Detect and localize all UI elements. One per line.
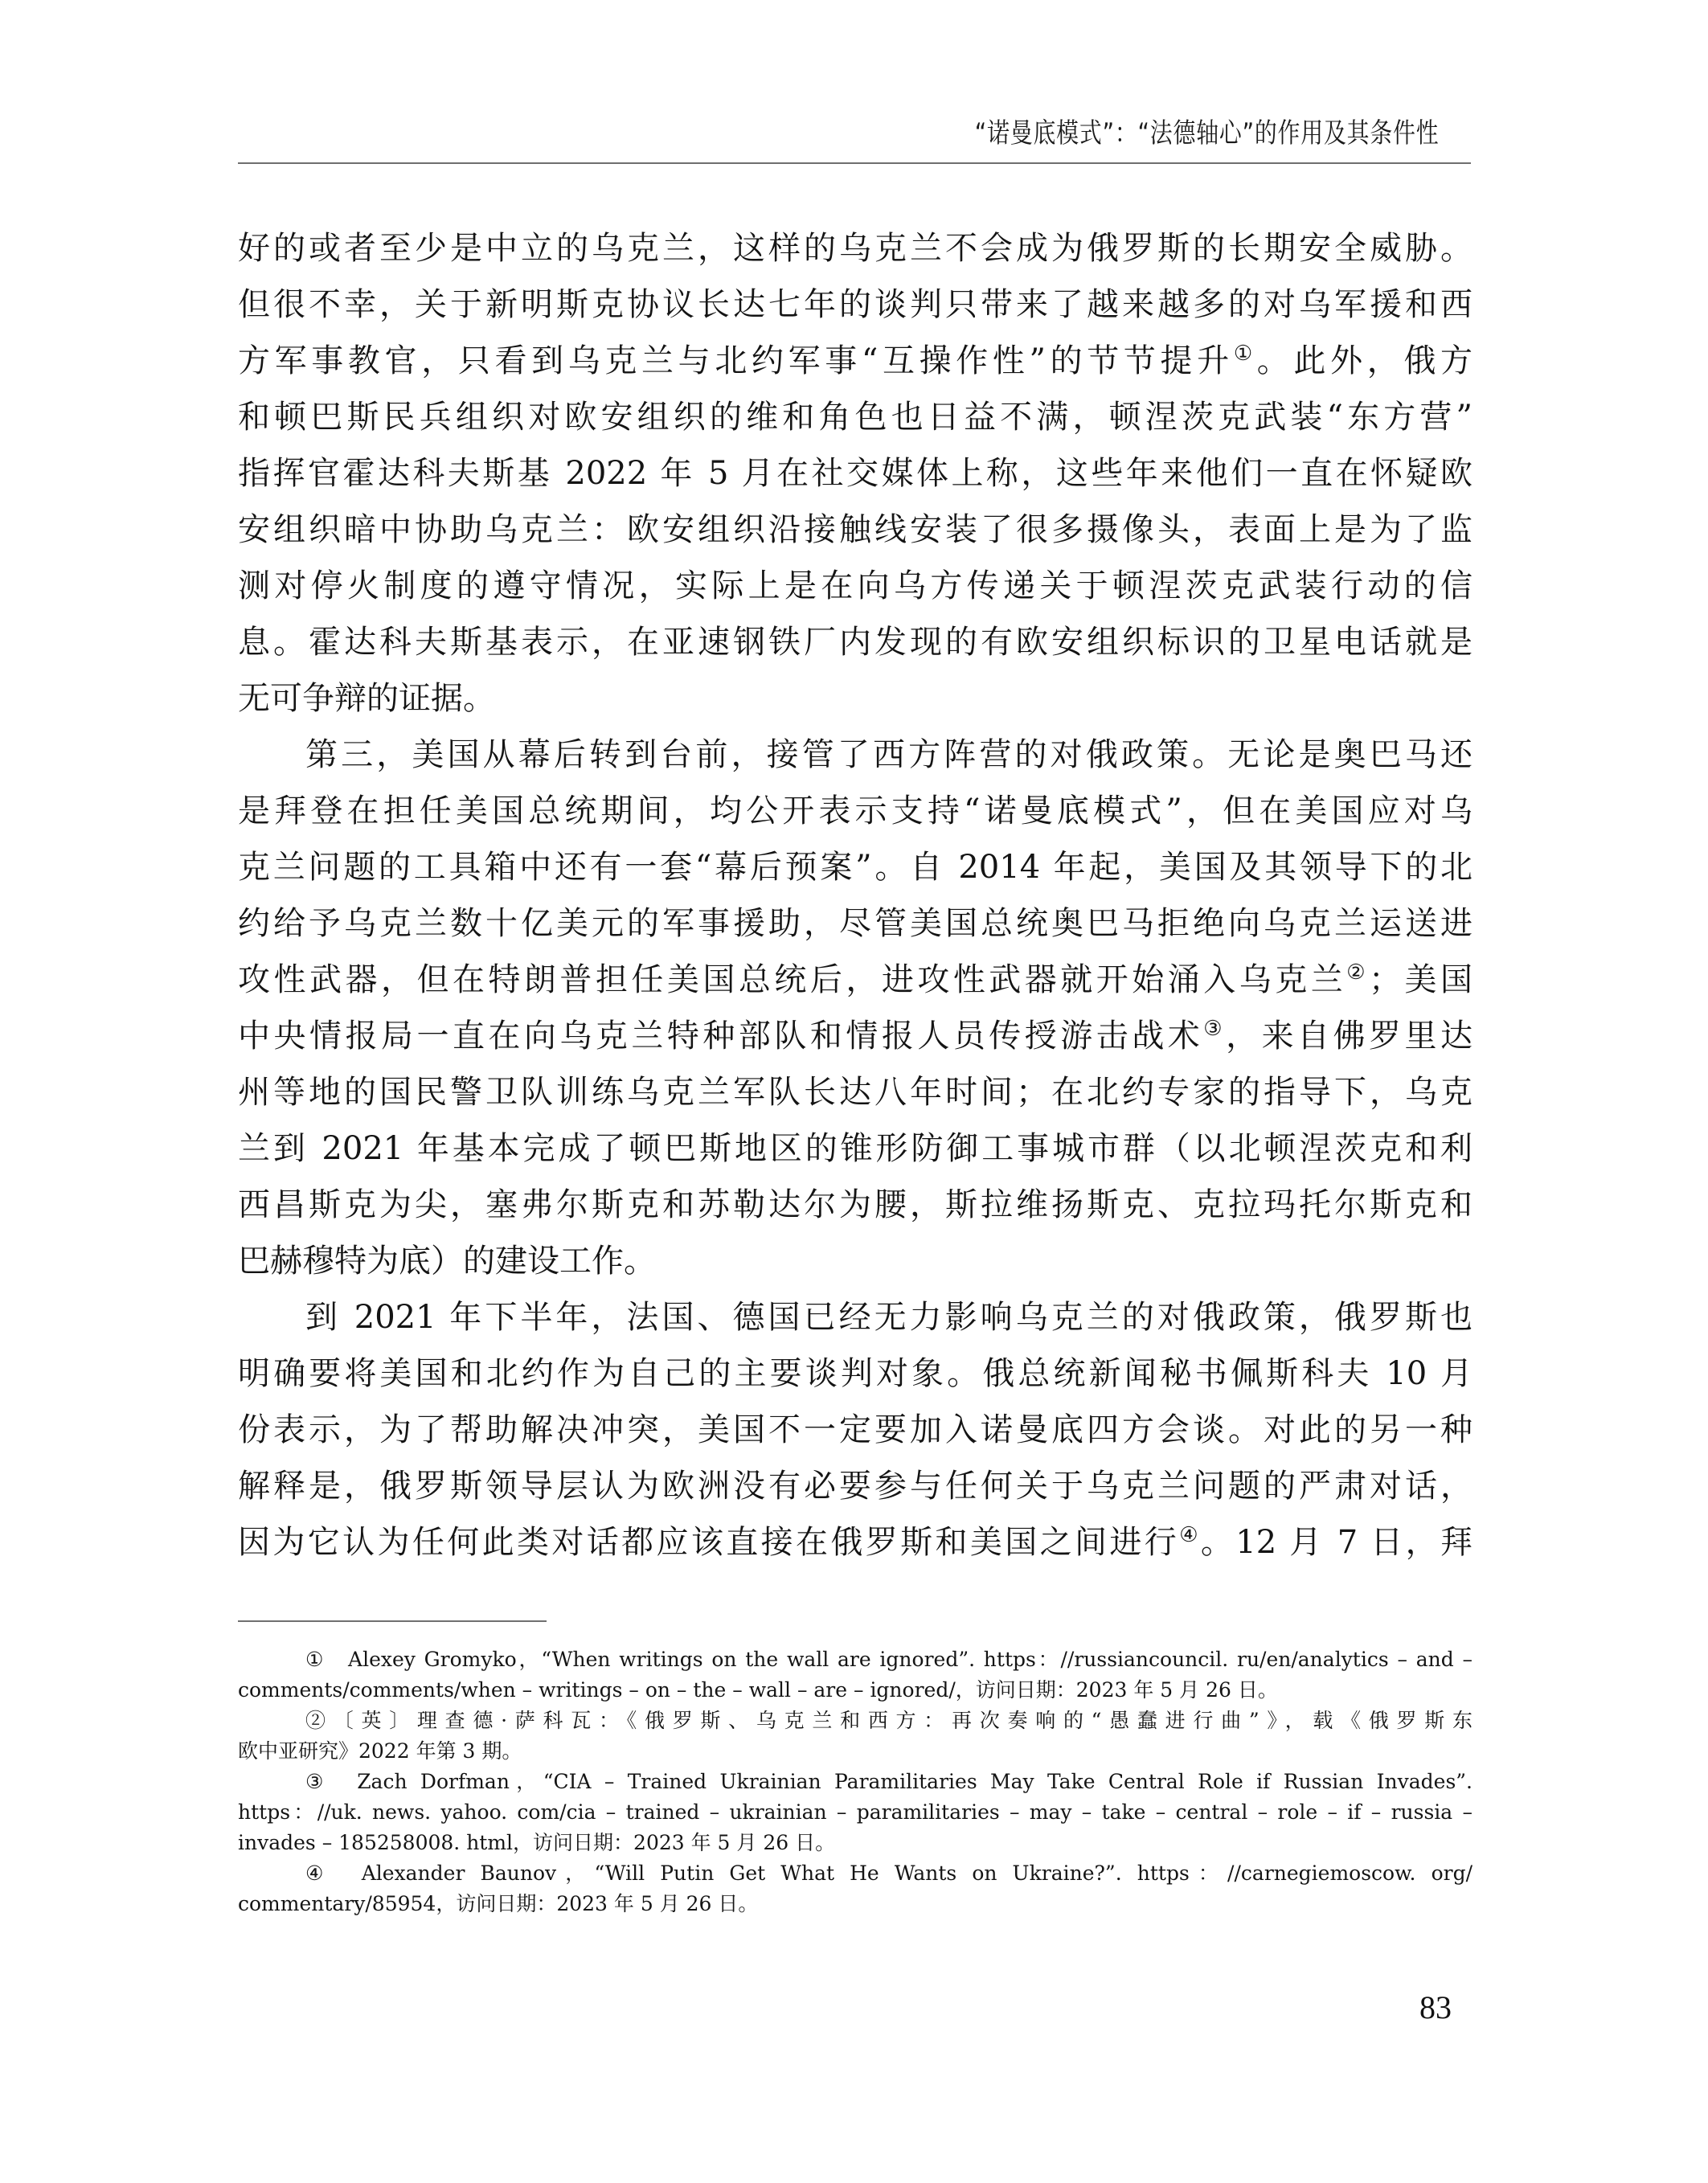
footnote-line: commentary/85954，访问日期：2023 年 5 月 26 日。 — [238, 1889, 1472, 1919]
paragraph: 好的或者至少是中立的乌克兰，这样的乌克兰不会成为俄罗斯的长期安全威胁。但很不幸，… — [238, 220, 1472, 727]
footnote-line: invades – 185258008. html，访问日期：2023 年 5 … — [238, 1828, 1472, 1858]
footnote-line: ③ Zach Dorfman，“CIA – Trained Ukrainian … — [238, 1767, 1472, 1797]
page-number: 83 — [1419, 1988, 1452, 2026]
text-line: 但很不幸，关于新明斯克协议长达七年的谈判只带来了越来越多的对乌军援和西 — [238, 276, 1472, 333]
text-line: 解释是，俄罗斯领导层认为欧洲没有必要参与任何关于乌克兰问题的严肃对话， — [238, 1458, 1472, 1514]
footnote-reference[interactable]: ② — [1346, 960, 1369, 985]
text-line: 明确要将美国和北约作为自己的主要谈判对象。俄总统新闻秘书佩斯科夫 10 月 — [238, 1345, 1472, 1402]
footnote: ④ Alexander Baunov，“Will Putin Get What … — [238, 1858, 1472, 1919]
text-line: 约给予乌克兰数十亿美元的军事援助，尽管美国总统奥巴马拒绝向乌克兰运送进 — [238, 895, 1472, 952]
footnotes: ① Alexey Gromyko，“When writings on the w… — [238, 1644, 1472, 1919]
article-body: 好的或者至少是中立的乌克兰，这样的乌克兰不会成为俄罗斯的长期安全威胁。但很不幸，… — [238, 220, 1472, 1571]
paragraph: 到 2021 年下半年，法国、德国已经无力影响乌克兰的对俄政策，俄罗斯也明确要将… — [238, 1289, 1472, 1571]
running-header-title: “诺曼底模式”：“法德轴心”的作用及其条件性 — [974, 111, 1439, 150]
footnote-line: ① Alexey Gromyko，“When writings on the w… — [238, 1644, 1472, 1675]
running-header: “诺曼底模式”：“法德轴心”的作用及其条件性 — [238, 103, 1471, 164]
text-line: 无可争辩的证据。 — [238, 670, 1472, 727]
footnote-reference[interactable]: ③ — [1203, 1017, 1226, 1041]
footnote-line: ②〔英〕理查德·萨科瓦：《俄罗斯、乌克兰和西方：再次奏响的“愚蠢进行曲”》，载《… — [238, 1706, 1472, 1736]
text-line: 安组织暗中协助乌克兰：欧安组织沿接触线安装了很多摄像头，表面上是为了监 — [238, 502, 1472, 558]
text-line: 息。霍达科夫斯基表示，在亚速钢铁厂内发现的有欧安组织标识的卫星电话就是 — [238, 614, 1472, 670]
text-line: 西昌斯克为尖，塞弗尔斯克和苏勒达尔为腰，斯拉维扬斯克、克拉玛托尔斯克和 — [238, 1177, 1472, 1233]
text-line: 份表示，为了帮助解决冲突，美国不一定要加入诺曼底四方会谈。对此的另一种 — [238, 1402, 1472, 1458]
footnote-reference[interactable]: ① — [1234, 342, 1257, 366]
paragraph: 第三，美国从幕后转到台前，接管了西方阵营的对俄政策。无论是奥巴马还是拜登在担任美… — [238, 727, 1472, 1289]
footnote-line: ④ Alexander Baunov，“Will Putin Get What … — [238, 1858, 1472, 1889]
text-line: 好的或者至少是中立的乌克兰，这样的乌克兰不会成为俄罗斯的长期安全威胁。 — [238, 220, 1472, 276]
text-line: 指挥官霍达科夫斯基 2022 年 5 月在社交媒体上称，这些年来他们一直在怀疑欧 — [238, 445, 1472, 502]
text-line: 因为它认为任何此类对话都应该直接在俄罗斯和美国之间进行④。12 月 7 日，拜 — [238, 1514, 1472, 1571]
footnote: ① Alexey Gromyko，“When writings on the w… — [238, 1644, 1472, 1706]
footnote-line: 欧中亚研究》2022 年第 3 期。 — [238, 1736, 1472, 1767]
text-line: 中央情报局一直在向乌克兰特种部队和情报人员传授游击战术③，来自佛罗里达 — [238, 1008, 1472, 1064]
text-line: 克兰问题的工具箱中还有一套“幕后预案”。自 2014 年起，美国及其领导下的北 — [238, 839, 1472, 895]
footnote-line: https：//uk. news. yahoo. com/cia – train… — [238, 1797, 1472, 1828]
text-line: 是拜登在担任美国总统期间，均公开表示支持“诺曼底模式”，但在美国应对乌 — [238, 783, 1472, 839]
footnote-reference[interactable]: ④ — [1179, 1523, 1201, 1547]
footnote: ③ Zach Dorfman，“CIA – Trained Ukrainian … — [238, 1767, 1472, 1858]
text-line: 州等地的国民警卫队训练乌克兰军队长达八年时间；在北约专家的指导下，乌克 — [238, 1064, 1472, 1120]
footnote: ②〔英〕理查德·萨科瓦：《俄罗斯、乌克兰和西方：再次奏响的“愚蠢进行曲”》，载《… — [238, 1706, 1472, 1767]
text-line: 兰到 2021 年基本完成了顿巴斯地区的锥形防御工事城市群（以北顿涅茨克和利 — [238, 1120, 1472, 1177]
footnote-line: comments/comments/when – writings – on –… — [238, 1675, 1472, 1706]
text-line: 攻性武器，但在特朗普担任美国总统后，进攻性武器就开始涌入乌克兰②；美国 — [238, 952, 1472, 1008]
text-line: 第三，美国从幕后转到台前，接管了西方阵营的对俄政策。无论是奥巴马还 — [238, 727, 1472, 783]
text-line: 和顿巴斯民兵组织对欧安组织的维和角色也日益不满，顿涅茨克武装“东方营” — [238, 389, 1472, 445]
text-line: 测对停火制度的遵守情况，实际上是在向乌方传递关于顿涅茨克武装行动的信 — [238, 558, 1472, 614]
text-line: 巴赫穆特为底）的建设工作。 — [238, 1233, 1472, 1289]
text-line: 到 2021 年下半年，法国、德国已经无力影响乌克兰的对俄政策，俄罗斯也 — [238, 1289, 1472, 1345]
text-line: 方军事教官，只看到乌克兰与北约军事“互操作性”的节节提升①。此外，俄方 — [238, 333, 1472, 389]
footnote-separator — [238, 1620, 547, 1622]
